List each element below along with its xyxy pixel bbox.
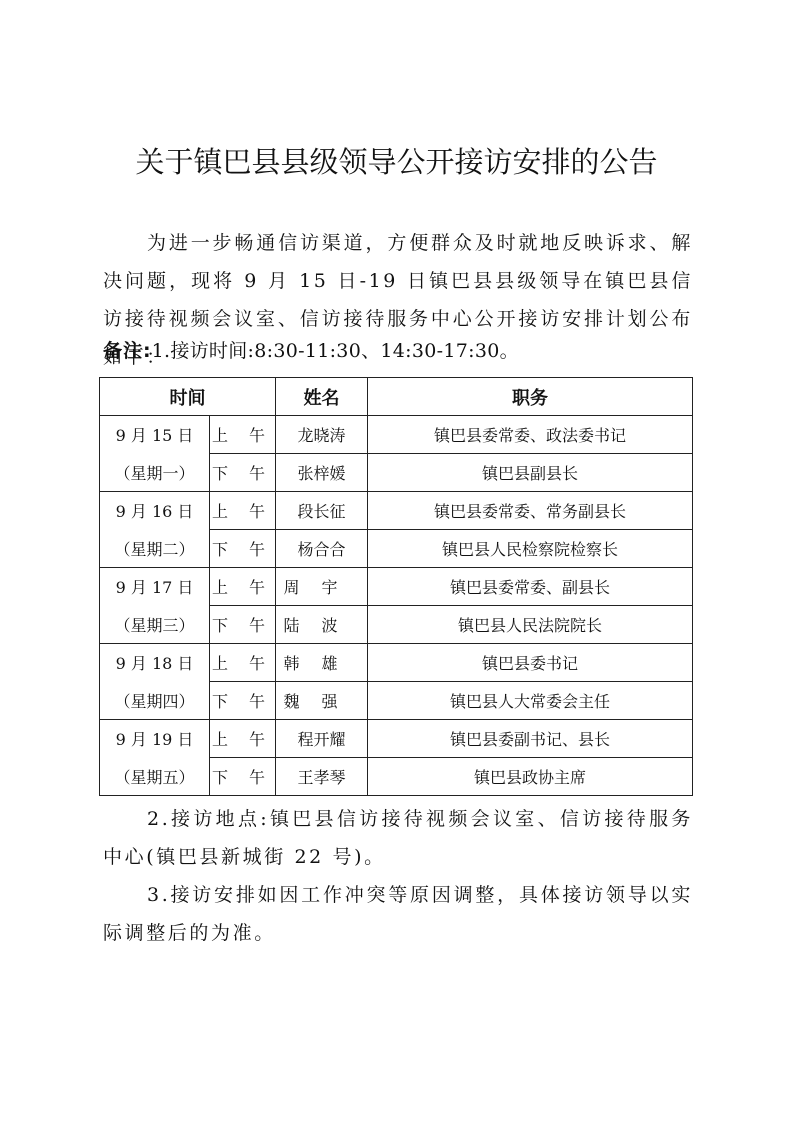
position-cell: 镇巴县委常委、常务副县长	[368, 492, 693, 530]
period-cell: 上 午	[210, 492, 276, 530]
position-cell: 镇巴县委副书记、县长	[368, 720, 693, 758]
header-time: 时间	[100, 378, 276, 416]
weekday-cell: （星期三）	[100, 606, 210, 644]
table-row: （星期五） 下 午 王孝琴 镇巴县政协主席	[100, 758, 693, 796]
period-cell: 下 午	[210, 454, 276, 492]
note-item-2: 2.接访地点:镇巴县信访接待视频会议室、信访接待服务中心(镇巴县新城街 22 号…	[103, 800, 693, 876]
header-position: 职务	[368, 378, 693, 416]
date-cell: 9 月 17 日	[100, 568, 210, 606]
position-cell: 镇巴县副县长	[368, 454, 693, 492]
period-cell: 下 午	[210, 530, 276, 568]
weekday-cell: （星期五）	[100, 758, 210, 796]
document-title: 关于镇巴县县级领导公开接访安排的公告	[0, 140, 793, 181]
name-cell: 程开耀	[276, 720, 368, 758]
date-cell: 9 月 15 日	[100, 416, 210, 454]
position-cell: 镇巴县委书记	[368, 644, 693, 682]
table-row: 9 月 18 日 上 午 韩雄 镇巴县委书记	[100, 644, 693, 682]
weekday-cell: （星期二）	[100, 530, 210, 568]
name-cell: 段长征	[276, 492, 368, 530]
name-cell: 韩雄	[276, 644, 368, 682]
weekday-cell: （星期一）	[100, 454, 210, 492]
period-cell: 下 午	[210, 606, 276, 644]
note-label: 备注:	[103, 340, 152, 362]
note-item-1: 1.接访时间:8:30-11:30、14:30-17:30。	[152, 340, 519, 362]
period-cell: 上 午	[210, 416, 276, 454]
header-name: 姓名	[276, 378, 368, 416]
note-item-3: 3.接访安排如因工作冲突等原因调整，具体接访领导以实际调整后的为准。	[103, 876, 693, 952]
period-cell: 下 午	[210, 682, 276, 720]
table-row: 9 月 16 日 上 午 段长征 镇巴县委常委、常务副县长	[100, 492, 693, 530]
table-row: （星期二） 下 午 杨合合 镇巴县人民检察院检察长	[100, 530, 693, 568]
table-row: 9 月 19 日 上 午 程开耀 镇巴县委副书记、县长	[100, 720, 693, 758]
name-cell: 张梓媛	[276, 454, 368, 492]
note-line: 备注:1.接访时间:8:30-11:30、14:30-17:30。	[103, 336, 519, 366]
position-cell: 镇巴县人民法院院长	[368, 606, 693, 644]
position-cell: 镇巴县人大常委会主任	[368, 682, 693, 720]
date-cell: 9 月 16 日	[100, 492, 210, 530]
table-row: （星期一） 下 午 张梓媛 镇巴县副县长	[100, 454, 693, 492]
table-row: （星期三） 下 午 陆波 镇巴县人民法院院长	[100, 606, 693, 644]
name-cell: 陆波	[276, 606, 368, 644]
name-cell: 周宇	[276, 568, 368, 606]
position-cell: 镇巴县政协主席	[368, 758, 693, 796]
period-cell: 上 午	[210, 720, 276, 758]
period-cell: 下 午	[210, 758, 276, 796]
period-cell: 上 午	[210, 644, 276, 682]
position-cell: 镇巴县委常委、政法委书记	[368, 416, 693, 454]
period-cell: 上 午	[210, 568, 276, 606]
table-row: 9 月 17 日 上 午 周宇 镇巴县委常委、副县长	[100, 568, 693, 606]
position-cell: 镇巴县委常委、副县长	[368, 568, 693, 606]
date-cell: 9 月 19 日	[100, 720, 210, 758]
table-row: 9 月 15 日 上 午 龙晓涛 镇巴县委常委、政法委书记	[100, 416, 693, 454]
name-cell: 龙晓涛	[276, 416, 368, 454]
position-cell: 镇巴县人民检察院检察长	[368, 530, 693, 568]
name-cell: 魏强	[276, 682, 368, 720]
name-cell: 杨合合	[276, 530, 368, 568]
weekday-cell: （星期四）	[100, 682, 210, 720]
table-header-row: 时间 姓名 职务	[100, 378, 693, 416]
name-cell: 王孝琴	[276, 758, 368, 796]
schedule-table: 时间 姓名 职务 9 月 15 日 上 午 龙晓涛 镇巴县委常委、政法委书记 （…	[99, 377, 693, 796]
table-row: （星期四） 下 午 魏强 镇巴县人大常委会主任	[100, 682, 693, 720]
date-cell: 9 月 18 日	[100, 644, 210, 682]
